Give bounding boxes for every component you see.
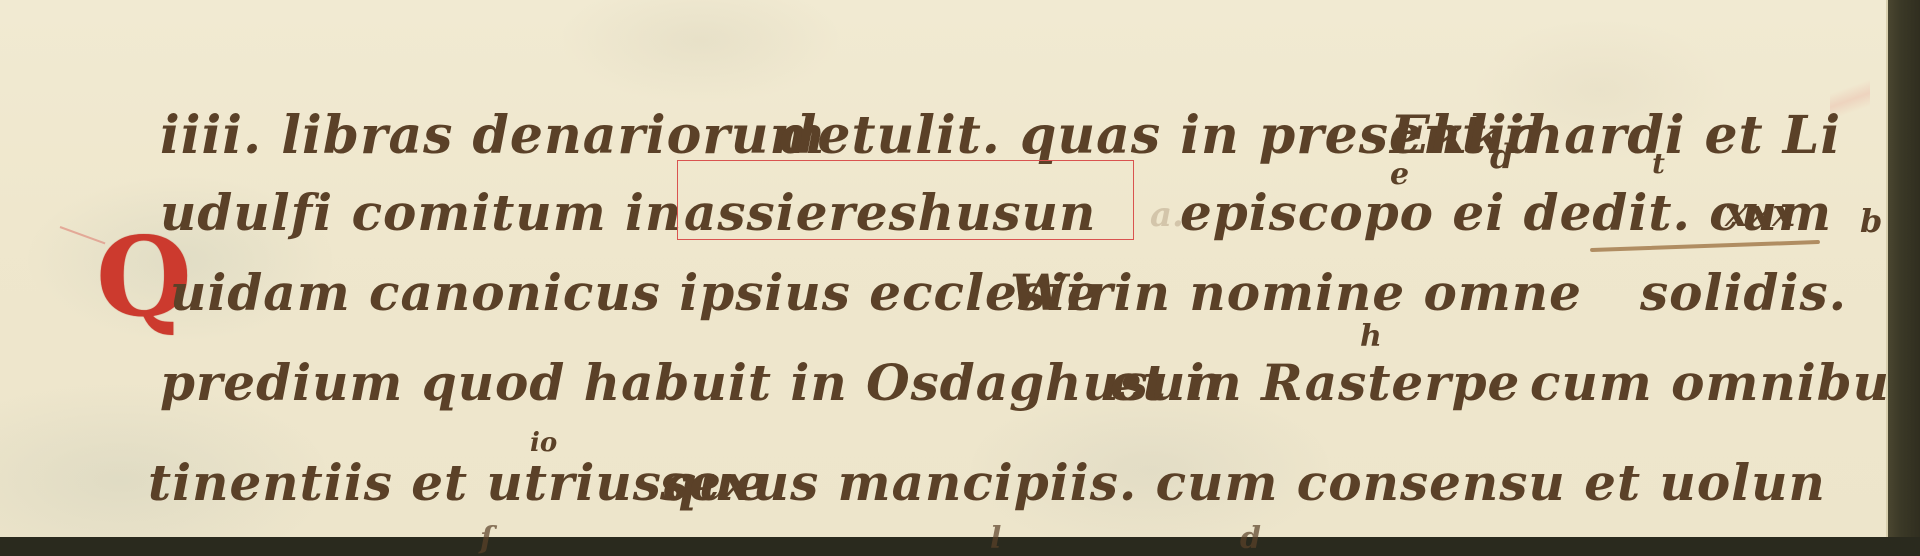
line-2-segment-1: udulfi comitum in <box>160 188 682 238</box>
manuscript-page: a. iiii. libras denariorum detulit. quas… <box>0 0 1886 537</box>
line-3-segment-2: Wirin nomine omne <box>1010 268 1582 318</box>
cut-off-next-line: l <box>990 524 1001 537</box>
interlinear-gloss: d <box>1490 140 1514 174</box>
margin-note: b <box>1860 205 1882 237</box>
line-2-segment-4: xxx <box>1725 194 1796 232</box>
line-3-segment-1: uidam canonicus ipsius ecclesie <box>170 268 1100 318</box>
binding-edge <box>1886 0 1920 537</box>
line-4-segment-1: predium quod habuit in Osdaghusun <box>160 358 1224 408</box>
line-5-segment-2: sexus mancipiis. cum consensu et uolun <box>660 458 1826 508</box>
interlinear-gloss: h <box>1360 322 1382 352</box>
cut-off-next-line: d <box>1240 524 1261 537</box>
cut-off-next-line: ſ <box>480 524 493 537</box>
word-highlight-box[interactable] <box>677 160 1134 240</box>
interlinear-gloss: t <box>1652 150 1665 178</box>
line-1-segment-1: iiii. libras denariorum <box>160 110 826 162</box>
line-4-segment-3: cum omnibus at <box>1530 358 1920 408</box>
line-1-segment-3: Ekkihardi et Li <box>1390 110 1841 162</box>
line-4-segment-2: et in Rasterpe <box>1110 358 1520 408</box>
erased-text: a. <box>1150 198 1184 232</box>
line-3-segment-3: solidis. <box>1640 268 1847 318</box>
